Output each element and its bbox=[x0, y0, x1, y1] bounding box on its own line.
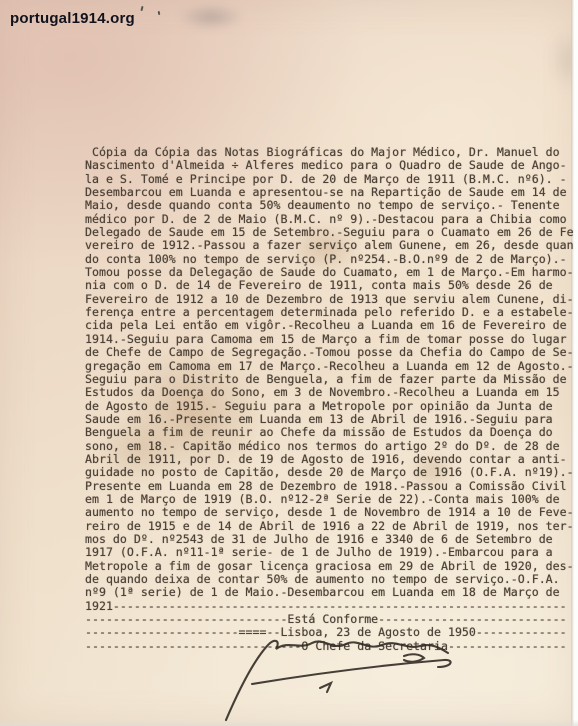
document-line: sono, em 18.- Capitão médico nos termos … bbox=[85, 440, 573, 453]
handwritten-signature bbox=[208, 634, 470, 722]
ink-speck bbox=[140, 6, 143, 11]
document-line: -----------------------------Está Confor… bbox=[85, 613, 573, 626]
document-line: de Agosto de 1915.- Seguiu para a Metrop… bbox=[85, 400, 573, 413]
document-line: 1917 (O.F.A. nº11-1ª serie- de 1 de Julh… bbox=[85, 546, 573, 559]
document-line: Metropole a fim de gosar licença gracios… bbox=[85, 560, 573, 573]
document-line: de quando deixa de contar 50% de aumento… bbox=[85, 573, 573, 586]
document-line: Fevereiro de 1912 a 10 de Dezembro de 19… bbox=[85, 293, 573, 306]
document-line: em 1 de Março de 1919 (B.O. nº12-2ª Seri… bbox=[85, 493, 573, 506]
document-line: de Chefe de Campo de Segregação.-Tomou p… bbox=[85, 346, 573, 359]
document-body: Cópia da Cópia das Notas Biográficas do … bbox=[85, 146, 573, 653]
document-line: Maio, desde quando conta 50% deaumento n… bbox=[85, 199, 573, 212]
scanned-document-page: portugal1914.org Cópia da Cópia das Nota… bbox=[0, 0, 578, 726]
pencil-smudge bbox=[178, 4, 244, 30]
document-line: do conta 100% no tempo de serviço (P. nº… bbox=[85, 253, 573, 266]
document-line: Benguela a fim de reunir ao Chefe da mis… bbox=[85, 426, 573, 439]
document-line: nia com o D. de 14 de Fevereiro de 1911,… bbox=[85, 279, 573, 292]
document-line: 1914.-Seguiu para Camoma em 15 de Março … bbox=[85, 333, 573, 346]
document-line: Presente em Luanda em 28 de Dezembro de … bbox=[85, 480, 573, 493]
document-line: nº9 (1ª serie) de 1 de Maio.-Desembarcou… bbox=[85, 586, 573, 599]
document-line: Cópia da Cópia das Notas Biográficas do … bbox=[85, 146, 573, 159]
document-line: guidade no posto de Capitão, desde 20 de… bbox=[85, 466, 573, 479]
watermark-portugal1914: portugal1914.org bbox=[10, 10, 135, 27]
document-line: Delegado de Saude em 15 de Setembro.-Seg… bbox=[85, 226, 573, 239]
document-line: vereiro de 1912.-Passou a fazer serviço … bbox=[85, 239, 573, 252]
document-line: cida pela Lei então em vigôr.-Recolheu a… bbox=[85, 319, 573, 332]
ink-speck bbox=[158, 11, 161, 15]
document-line: Estudos da Doença do Sono, em 3 de Novem… bbox=[85, 386, 573, 399]
document-line: Abril de 1911, por D. de 19 de Agosto de… bbox=[85, 453, 573, 466]
document-line: Saude em 16.-Presente em Luanda em 13 de… bbox=[85, 413, 573, 426]
document-line: la e S. Tomé e Principe por D. de 20 de … bbox=[85, 173, 573, 186]
document-line: médico por D. de 2 de Maio (B.M.C. nº 9)… bbox=[85, 213, 573, 226]
document-line: mos do Dº. nº2543 de 31 de Julho de 1916… bbox=[85, 533, 573, 546]
document-line: reiro de 1915 e de 14 de Abril de 1916 a… bbox=[85, 520, 573, 533]
document-line: gregação em Camoma em 17 de Março.-Recol… bbox=[85, 360, 573, 373]
document-line: Seguiu para o Distrito de Benguela, a fi… bbox=[85, 373, 573, 386]
document-line: Desembarcou em Luanda e apresentou-se na… bbox=[85, 186, 573, 199]
document-line: Tomou posse da Delegação de Saude do Cua… bbox=[85, 266, 573, 279]
document-line: Nascimento d'Almeida ÷ Alferes medico pa… bbox=[85, 159, 573, 172]
document-line: aumento no tempo de serviço, desde 1 de … bbox=[85, 506, 573, 519]
